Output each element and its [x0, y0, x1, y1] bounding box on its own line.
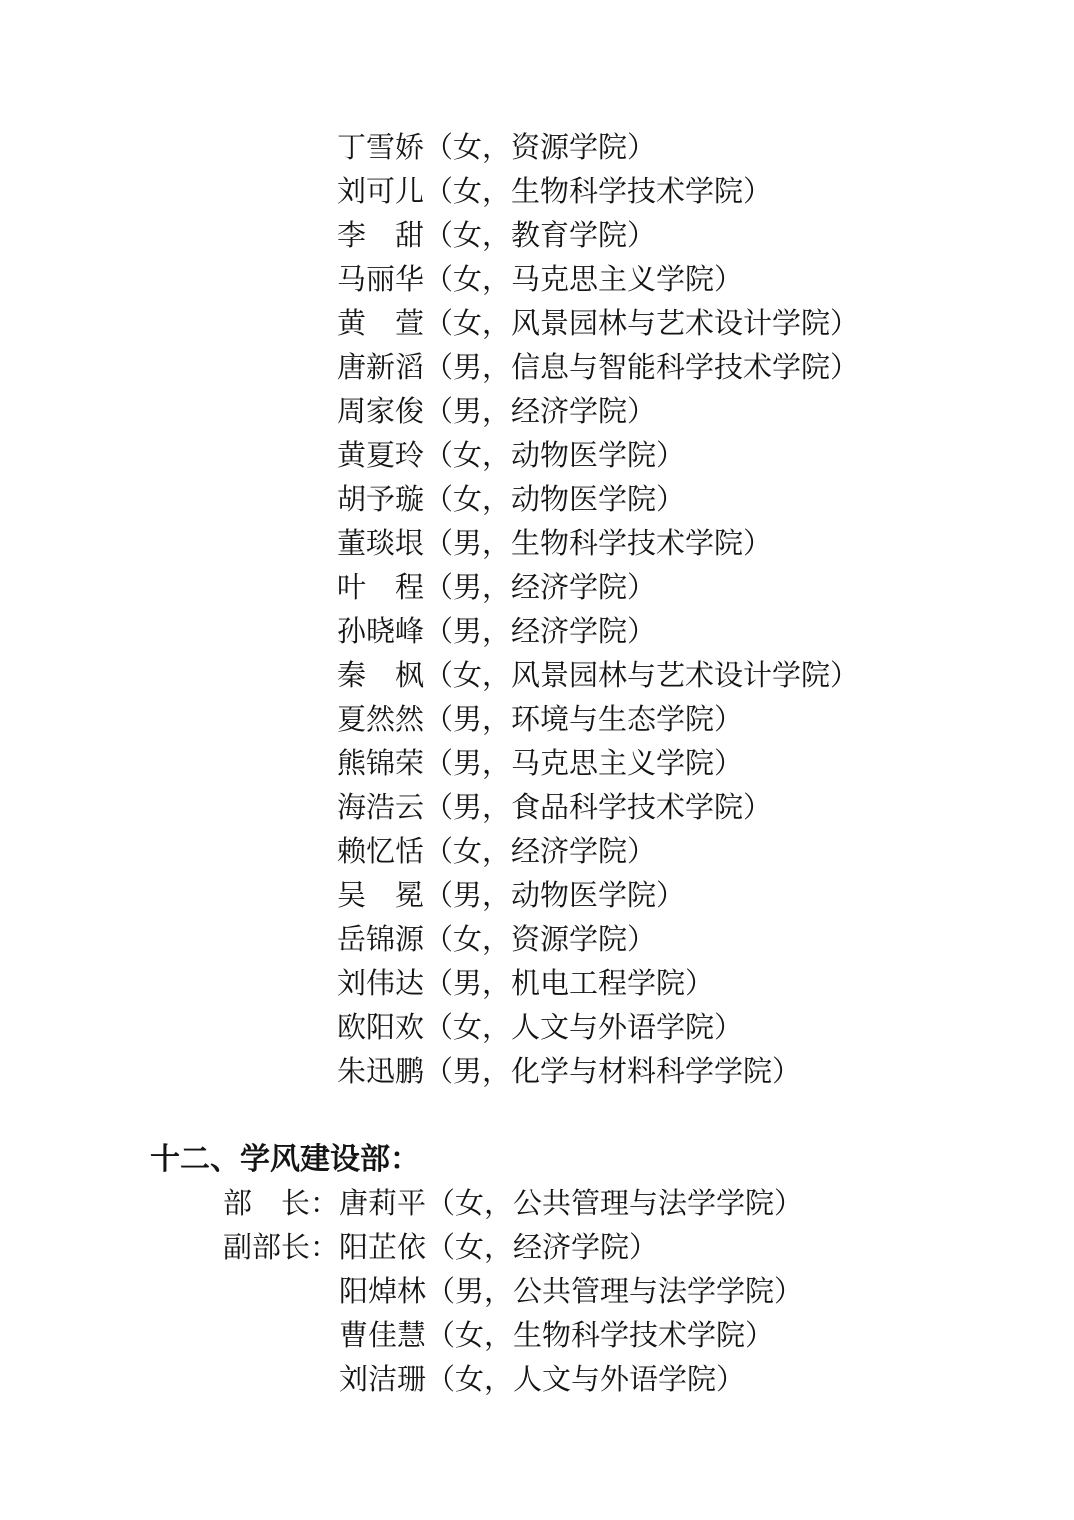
member-item: 夏然然（男，环境与生态学院）	[337, 698, 859, 742]
document-page: 丁雪娇（女，资源学院） 刘可儿（女，生物科学技术学院） 李 甜（女，教育学院） …	[0, 0, 1074, 1520]
section-heading: 十二、学风建设部：	[150, 1138, 803, 1182]
role-label: 部 长：	[223, 1188, 339, 1220]
member-item: 赖忆恬（女，经济学院）	[337, 830, 859, 874]
member-item: 黄夏玲（女，动物医学院）	[337, 434, 859, 478]
member-item: 黄 萱（女，风景园林与艺术设计学院）	[337, 302, 859, 346]
role-label: 副部长：	[223, 1232, 339, 1264]
member-item: 秦 枫（女，风景园林与艺术设计学院）	[337, 654, 859, 698]
member-item: 董琰垠（男，生物科学技术学院）	[337, 522, 859, 566]
member-item: 吴 冕（男，动物医学院）	[337, 874, 859, 918]
member-list: 丁雪娇（女，资源学院） 刘可儿（女，生物科学技术学院） 李 甜（女，教育学院） …	[337, 126, 859, 1094]
member-item: 海浩云（男，食品科学技术学院）	[337, 786, 859, 830]
member-item: 刘洁珊（女，人文与外语学院）	[150, 1358, 803, 1402]
member-item: 叶 程（男，经济学院）	[337, 566, 859, 610]
member-item: 丁雪娇（女，资源学院）	[337, 126, 859, 170]
role-value: 阳芷依（女，经济学院）	[339, 1232, 658, 1264]
role-value: 唐莉平（女，公共管理与法学学院）	[339, 1188, 803, 1220]
member-item: 岳锦源（女，资源学院）	[337, 918, 859, 962]
member-item: 孙晓峰（男，经济学院）	[337, 610, 859, 654]
member-item: 马丽华（女，马克思主义学院）	[337, 258, 859, 302]
member-item: 胡予璇（女，动物医学院）	[337, 478, 859, 522]
section-study-style-department: 十二、学风建设部： 部 长：唐莉平（女，公共管理与法学学院） 副部长：阳芷依（女…	[150, 1138, 803, 1402]
member-item: 熊锦荣（男，马克思主义学院）	[337, 742, 859, 786]
role-line-deputy-minister: 副部长：阳芷依（女，经济学院）	[150, 1226, 803, 1270]
member-item: 唐新滔（男，信息与智能科学技术学院）	[337, 346, 859, 390]
member-item: 曹佳慧（女，生物科学技术学院）	[150, 1314, 803, 1358]
member-item: 刘可儿（女，生物科学技术学院）	[337, 170, 859, 214]
role-line-minister: 部 长：唐莉平（女，公共管理与法学学院）	[150, 1182, 803, 1226]
member-item: 朱迅鹏（男，化学与材料科学学院）	[337, 1050, 859, 1094]
member-item: 李 甜（女，教育学院）	[337, 214, 859, 258]
member-item: 欧阳欢（女，人文与外语学院）	[337, 1006, 859, 1050]
member-item: 刘伟达（男，机电工程学院）	[337, 962, 859, 1006]
member-item: 周家俊（男，经济学院）	[337, 390, 859, 434]
member-item: 阳焯林（男，公共管理与法学学院）	[150, 1270, 803, 1314]
